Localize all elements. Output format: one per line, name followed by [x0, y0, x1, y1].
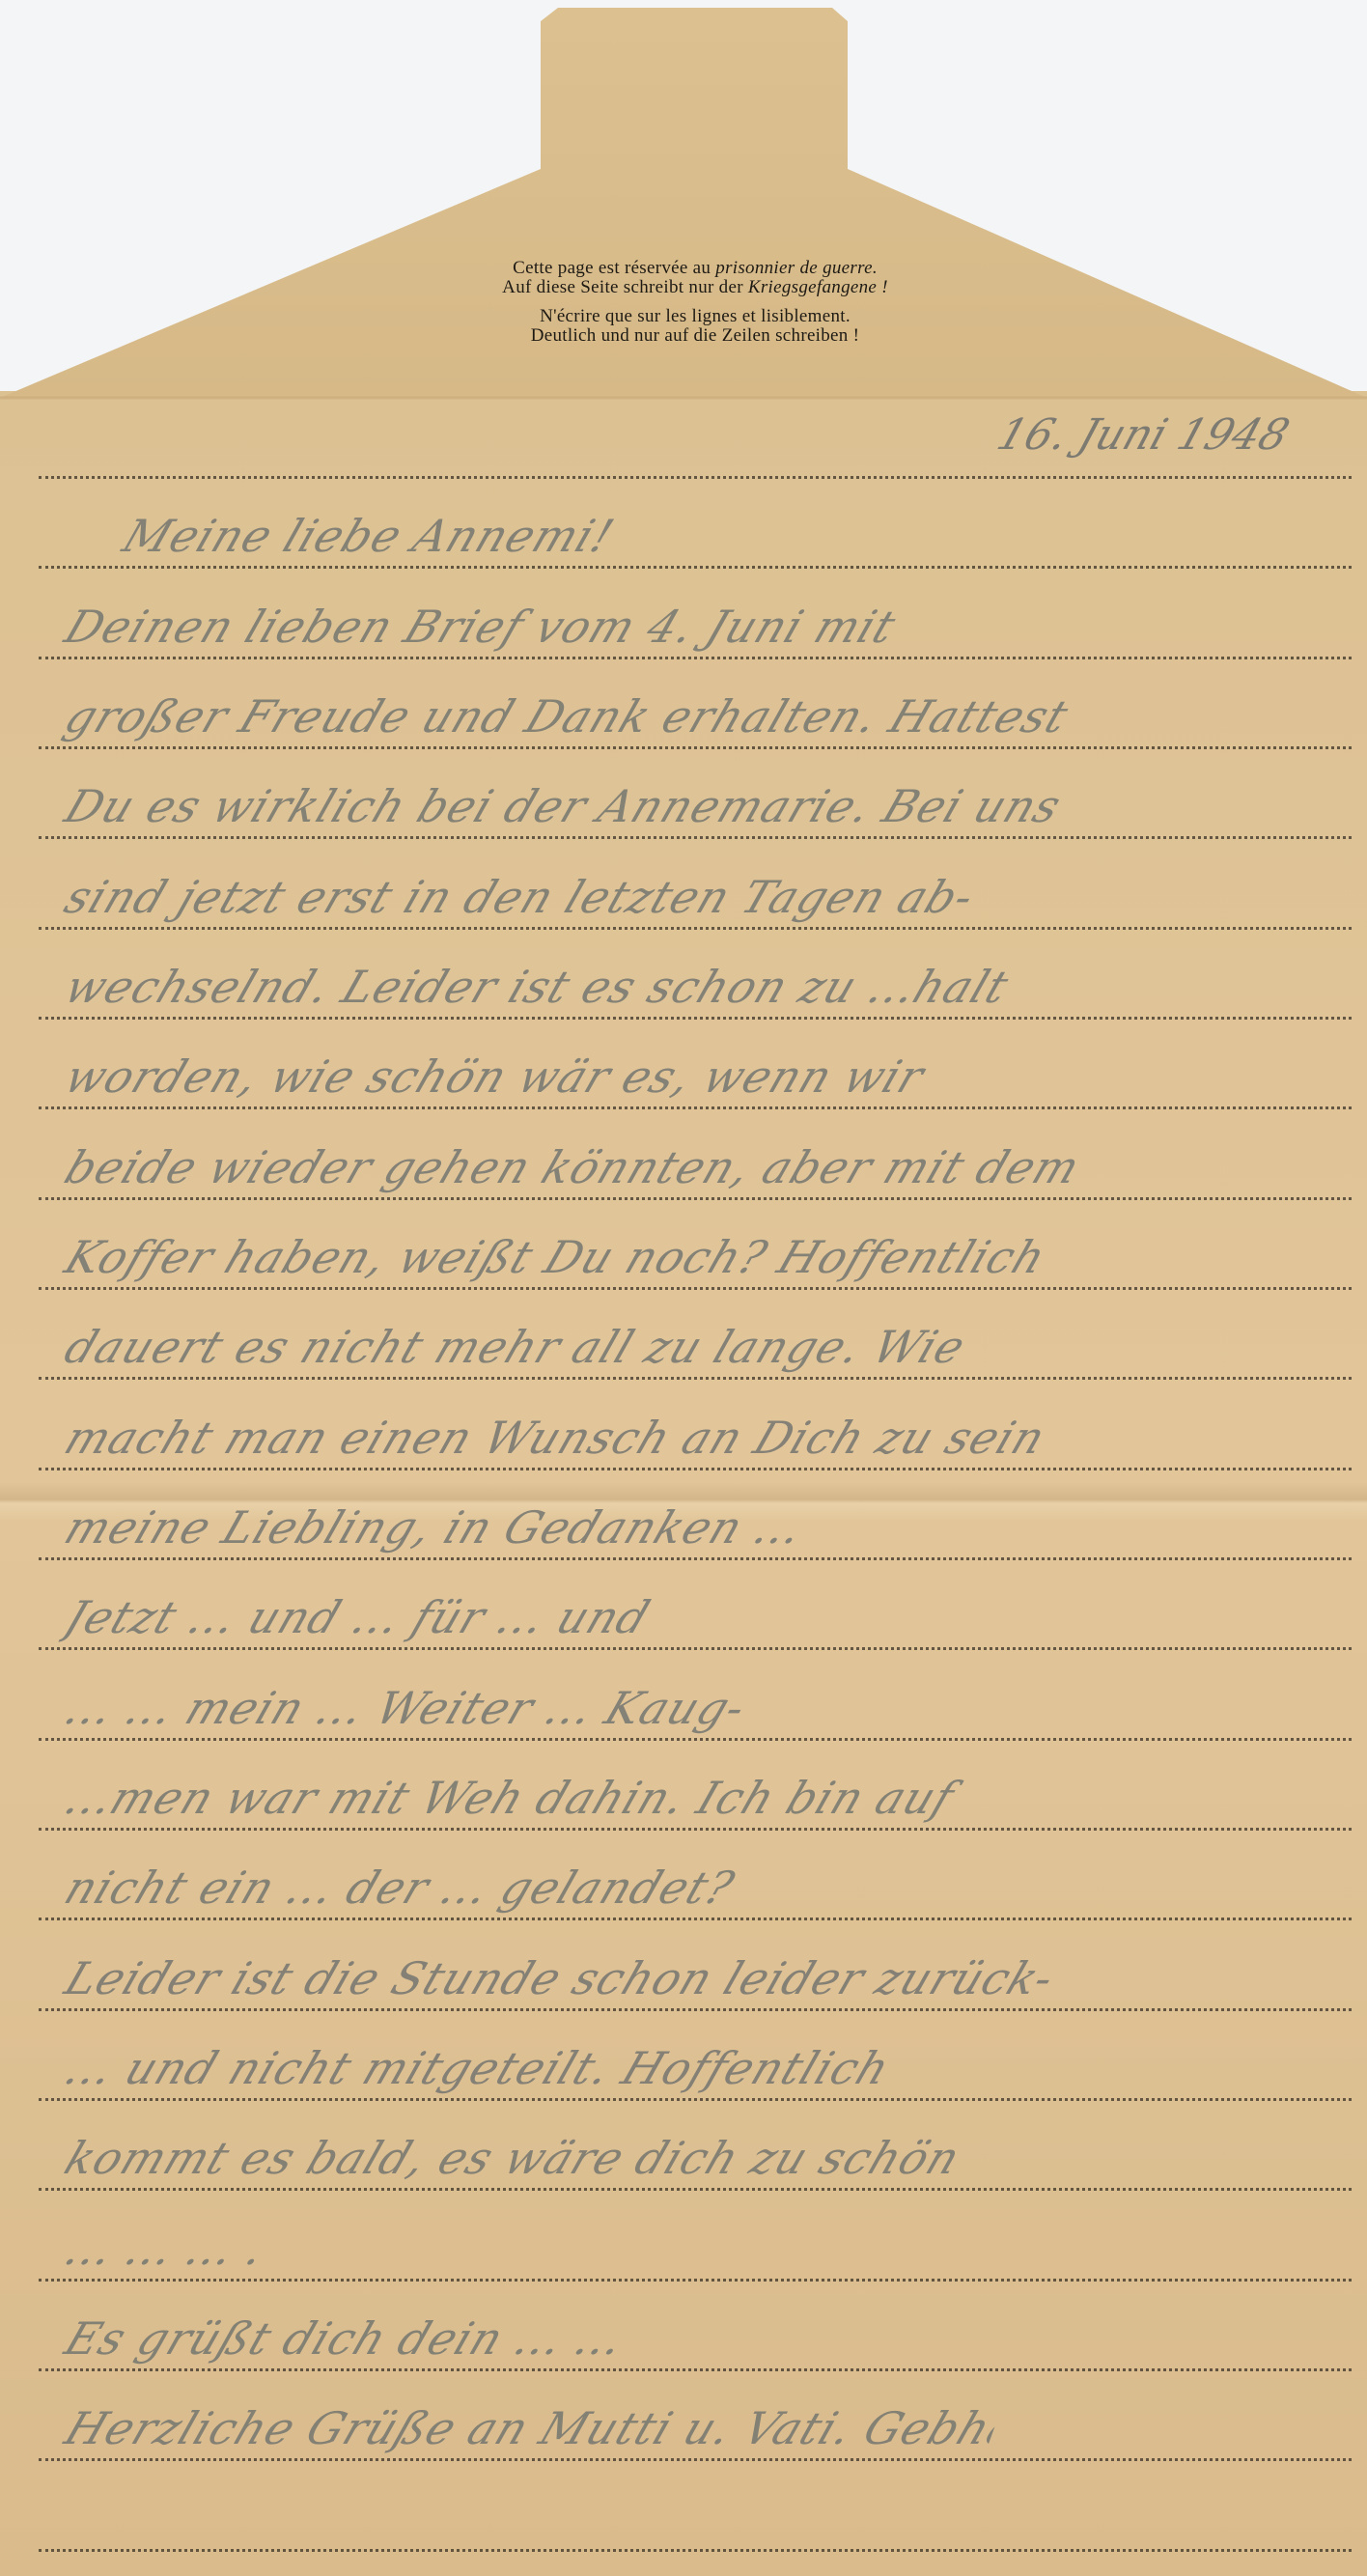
- ruled-line: [39, 1557, 1352, 1560]
- ruled-line: [39, 1738, 1352, 1741]
- ruled-line: [39, 1017, 1352, 1020]
- ruled-line: [39, 1197, 1352, 1200]
- handwritten-line: kommt es bald, es wäre dich zu schön: [58, 2132, 1352, 2184]
- handwritten-line: nicht ein ... der ... gelandet?: [58, 1862, 1352, 1914]
- handwritten-line: ... und nicht mitgeteilt. Hoffentlich: [58, 2042, 1352, 2094]
- header-line-2: Auf diese Seite schreibt nur der Kriegsg…: [367, 278, 1023, 297]
- ruled-line: [39, 2368, 1352, 2371]
- header-line-4: Deutlich und nur auf die Zeilen schreibe…: [367, 326, 1023, 346]
- handwritten-line: wechselnd. Leider ist es schon zu ...hal…: [58, 961, 1352, 1013]
- ruled-line: [39, 2279, 1352, 2282]
- ruled-line: [39, 1468, 1352, 1470]
- handwritten-line: beide wieder gehen könnten, aber mit dem: [58, 1141, 1352, 1193]
- handwritten-line: Jetzt ... und ... für ... und: [58, 1591, 1352, 1643]
- ruled-line: [39, 1377, 1352, 1380]
- handwritten-line: worden, wie schön wär es, wenn wir: [58, 1050, 1352, 1103]
- handwritten-line: Es grüßt dich dein ... ...: [58, 2312, 1352, 2365]
- handwritten-line: großer Freude und Dank erhalten. Hattest: [58, 690, 1352, 742]
- ruled-line: [39, 2549, 1352, 2552]
- ruled-line: [39, 2098, 1352, 2101]
- handwritten-line: Meine liebe Annemi!: [116, 510, 1367, 562]
- ruled-line: [39, 927, 1352, 930]
- handwritten-closing: Herzliche Grüße an Mutti u. Vati. Gebhar…: [58, 2402, 1004, 2454]
- handwritten-line: Koffer haben, weißt Du noch? Hoffentlich: [58, 1231, 1352, 1283]
- ruled-line: [39, 657, 1352, 659]
- ruled-line: [39, 746, 1352, 749]
- handwritten-line: ... ... ... .: [58, 2223, 1352, 2275]
- ruled-line: [39, 566, 1352, 569]
- printed-header: Cette page est réservée au prisonnier de…: [367, 259, 1023, 355]
- ruled-line: [39, 476, 1352, 479]
- handwritten-line: Leider ist die Stunde schon leider zurüc…: [58, 1952, 1352, 2004]
- ruled-line: [39, 1647, 1352, 1650]
- handwritten-line: sind jetzt erst in den letzten Tagen ab-: [58, 871, 1352, 923]
- ruled-line: [39, 2458, 1352, 2461]
- handwritten-line: ... ... mein ... Weiter ... Kaug-: [58, 1682, 1352, 1734]
- handwritten-line: ...men war mit Weh dahin. Ich bin auf: [58, 1772, 1352, 1824]
- ruled-line: [39, 2008, 1352, 2011]
- ruled-line: [39, 836, 1352, 839]
- ruled-line: [39, 1287, 1352, 1290]
- ruled-line: [39, 1918, 1352, 1920]
- ruled-line: [39, 2188, 1352, 2191]
- handwritten-line: meine Liebling, in Gedanken ...: [58, 1501, 1352, 1554]
- ruled-line: [39, 1106, 1352, 1109]
- letter-date: 16. Juni 1948: [991, 410, 1296, 460]
- header-line-3: N'écrire que sur les lignes et lisibleme…: [367, 307, 1023, 326]
- handwritten-line: Deinen lieben Brief vom 4. Juni mit: [58, 601, 1352, 653]
- handwritten-line: dauert es nicht mehr all zu lange. Wie: [58, 1321, 1352, 1373]
- ruled-line: [39, 1828, 1352, 1831]
- handwritten-line: Du es wirklich bei der Annemarie. Bei un…: [58, 780, 1352, 832]
- handwritten-line: macht man einen Wunsch an Dich zu sein: [58, 1412, 1352, 1464]
- header-line-1: Cette page est réservée au prisonnier de…: [367, 259, 1023, 278]
